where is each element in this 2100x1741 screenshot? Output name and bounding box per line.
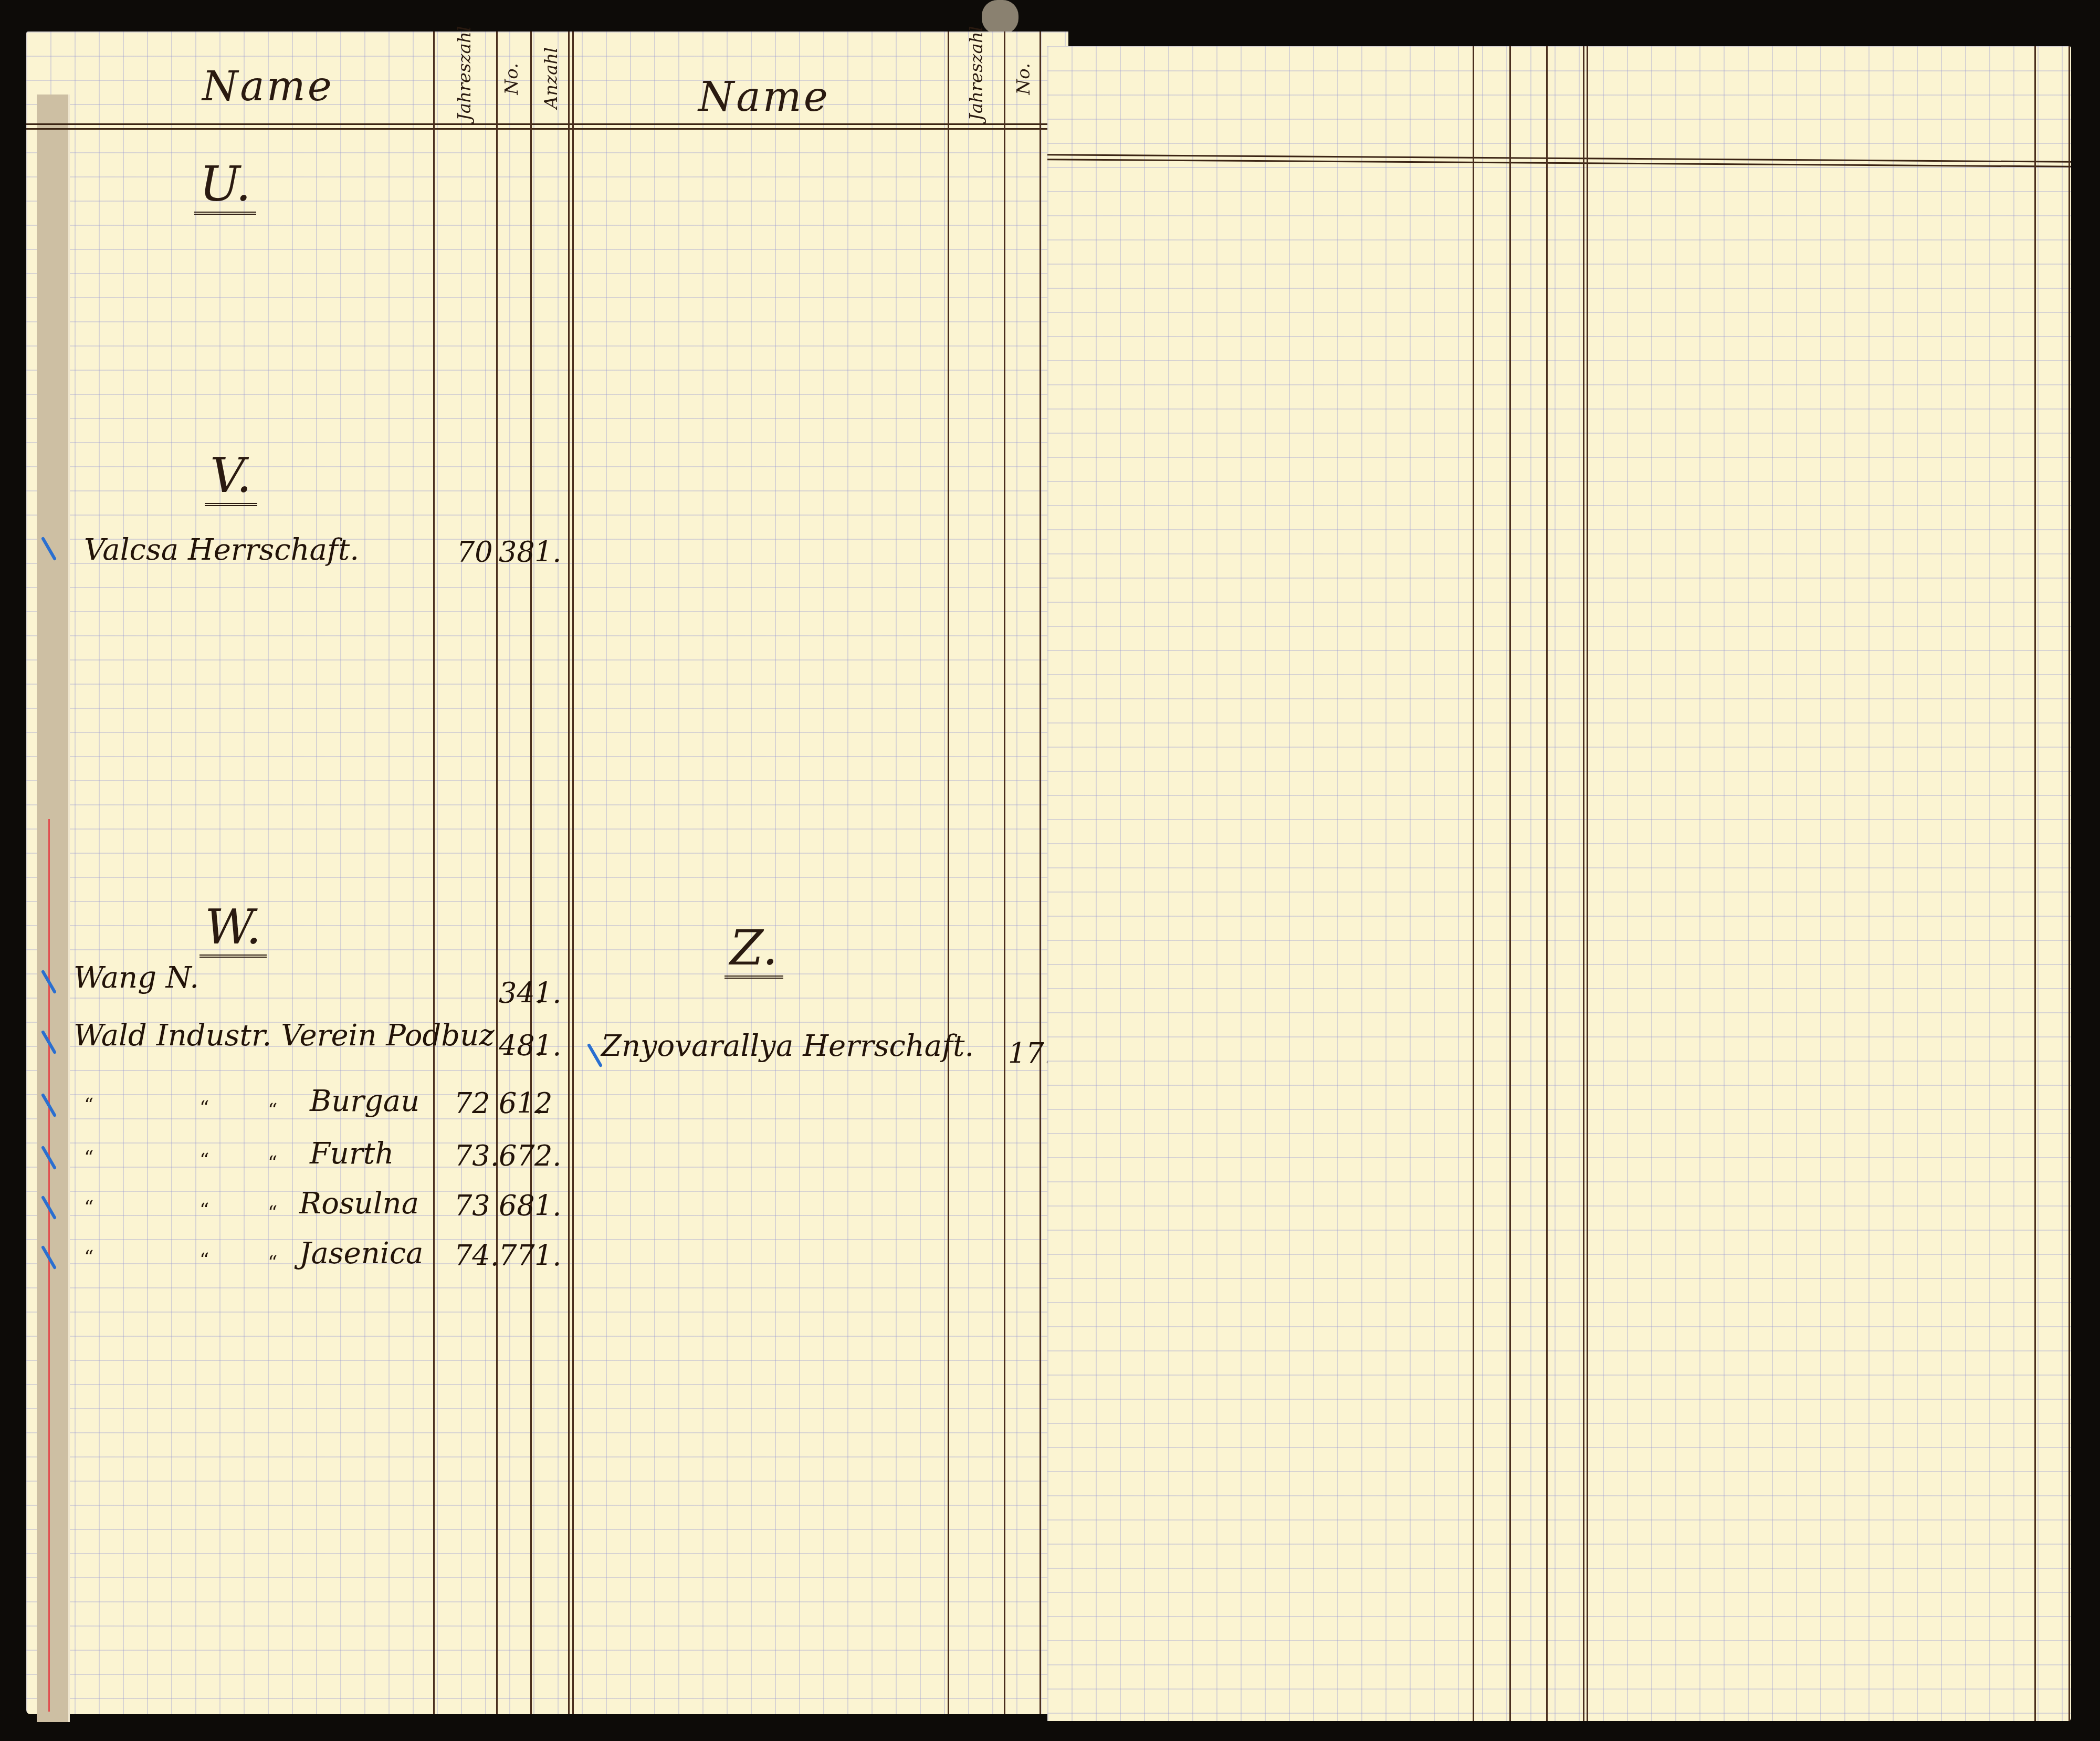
ditto-mark: “	[199, 1200, 209, 1221]
entry-count: 2.	[534, 1139, 562, 1172]
entry-no: 67	[499, 1139, 535, 1172]
entry-no: 68	[499, 1189, 535, 1222]
right-col-divider-5	[2034, 46, 2036, 1721]
column-header-name: Name	[202, 63, 334, 110]
entry-year: 73	[454, 1189, 490, 1222]
header-rule	[26, 123, 1068, 125]
column-header-count: Anzahl	[541, 47, 562, 109]
left-ledger-page: Name Jahreszahl No. Anzahl Name Jahresza…	[26, 32, 1068, 1714]
entry-count: 1.	[534, 977, 562, 1010]
right-col-divider-3	[1546, 46, 1548, 1721]
ditto-mark: “	[268, 1152, 277, 1174]
ditto-mark: “	[199, 1097, 209, 1119]
col-divider-year	[433, 32, 435, 1714]
red-margin-line	[48, 819, 50, 1712]
ditto-mark: “	[84, 1147, 93, 1169]
section-letter-w: W.	[199, 903, 267, 958]
ditto-mark: “	[199, 1150, 209, 1171]
ditto-mark: “	[84, 1095, 93, 1116]
entry-year: 72	[454, 1087, 490, 1120]
ditto-mark: “	[268, 1202, 277, 1224]
right-header-rule	[1047, 154, 2071, 163]
binding-strip	[37, 95, 70, 1722]
entry-year: 70	[457, 536, 493, 569]
middle-column-header-name: Name	[698, 74, 830, 121]
ditto-mark: “	[268, 1100, 277, 1121]
entry-place: Furth	[310, 1137, 394, 1171]
binding-string	[982, 0, 1018, 34]
col-divider-count	[530, 32, 532, 1714]
entry-place: Rosulna	[299, 1187, 419, 1221]
entry-year: 73.	[454, 1139, 499, 1172]
right-col-divider-4	[1583, 46, 1584, 1721]
right-ledger-page	[1047, 46, 2071, 1721]
entry-no: 38	[499, 536, 535, 569]
entry-name: Wald Industr. Verein Podbuz	[73, 1019, 495, 1053]
ditto-mark: “	[268, 1252, 277, 1274]
column-header-no: No.	[501, 63, 522, 95]
col-divider-end	[568, 32, 570, 1714]
section-letter-u: U.	[194, 160, 256, 215]
mid-col-divider-no	[1004, 32, 1005, 1714]
entry-no: 77	[499, 1239, 535, 1272]
section-letter-v: V.	[205, 452, 257, 506]
middle-column-header-no: No.	[1013, 63, 1034, 95]
column-header-year: Jahreszahl	[454, 37, 475, 121]
check-mark-icon	[587, 1043, 603, 1067]
entry-count: 1.	[534, 1189, 562, 1222]
mid-col-divider-year	[948, 32, 949, 1714]
ditto-mark: “	[84, 1197, 93, 1219]
entry-place: Jasenica	[299, 1236, 423, 1271]
entry-count: 1.	[534, 1239, 562, 1272]
col-divider-end-2	[572, 32, 574, 1714]
entry-count: 1.	[534, 1029, 562, 1062]
section-letter-z: Z.	[724, 924, 783, 979]
entry-place: Burgau	[310, 1084, 419, 1118]
right-col-divider-2	[1509, 46, 1511, 1721]
col-divider-no	[496, 32, 498, 1714]
entry-count: 1.	[534, 536, 562, 569]
right-col-divider-1	[1473, 46, 1474, 1721]
ditto-mark: “	[84, 1247, 93, 1268]
entry-no: 17.	[1008, 1037, 1053, 1070]
entry-name: Znyovarallya Herrschaft.	[601, 1029, 974, 1063]
entry-name: Wang N.	[73, 961, 199, 995]
right-col-divider-4b	[1587, 46, 1588, 1721]
mid-col-divider-count	[1039, 32, 1041, 1714]
entry-year: 74.	[454, 1239, 499, 1272]
middle-column-header-year: Jahreszahl	[966, 37, 987, 121]
entry-name: Valcsa Herrschaft.	[84, 533, 359, 567]
right-col-divider-6	[2068, 46, 2070, 1721]
ditto-mark: “	[199, 1250, 209, 1271]
header-rule-2	[26, 128, 1068, 130]
entry-count: 2	[534, 1087, 552, 1120]
